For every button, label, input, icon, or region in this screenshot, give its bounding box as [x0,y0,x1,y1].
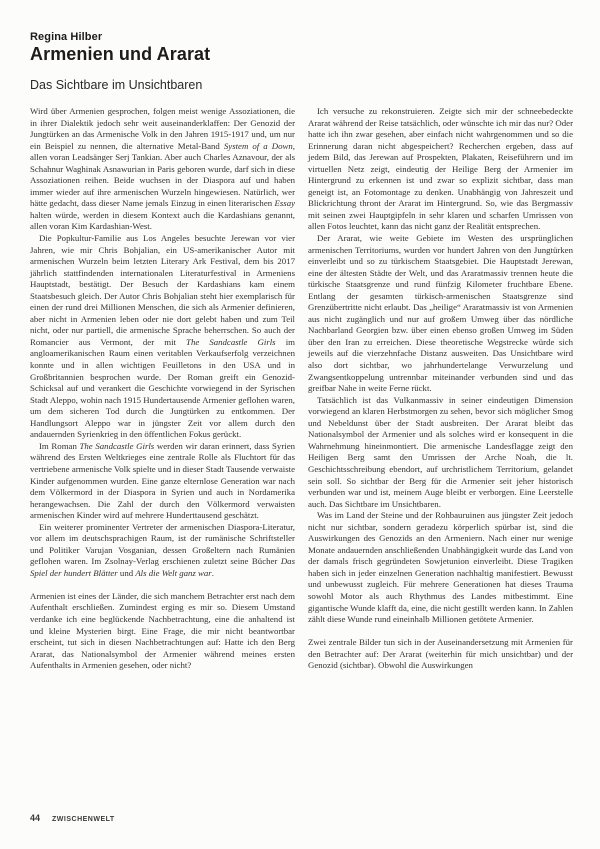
article-header: Regina Hilber Armenien und Ararat Das Si… [30,31,570,92]
journal-page: Regina Hilber Armenien und Ararat Das Si… [0,0,600,849]
paragraph: Was im Land der Steine und der Rohbaurui… [308,510,573,625]
text-run: Was im Land der Steine und der Rohbaurui… [308,510,573,624]
italic-text-run: System of a Down [224,141,293,151]
text-run: werden wir daran erinnert, dass Syrien w… [30,441,295,520]
article-body: Wird über Armenien gesprochen, folgen me… [30,106,573,672]
text-column-right: Ich versuche zu rekonstruieren. Zeigte s… [308,106,573,672]
paragraph: Armenien ist eines der Länder, die sich … [30,591,295,672]
text-run: . [212,568,214,578]
paragraph: Der Ararat, wie weite Gebiete im Westen … [308,233,573,395]
text-run: Ein weiterer prominenter Vertreter der a… [30,522,295,567]
text-run: Der Ararat, wie weite Gebiete im Westen … [308,233,573,393]
paragraph: Die Popkultur-Familie aus Los Angeles be… [30,233,295,441]
paragraph: Im Roman The Sandcastle Girls werden wir… [30,441,295,522]
text-run: Die Popkultur-Familie aus Los Angeles be… [30,233,295,347]
journal-name: ZWISCHENWELT [52,816,115,823]
italic-text-run: Als die Welt ganz war [135,568,211,578]
text-column-left: Wird über Armenien gesprochen, folgen me… [30,106,295,672]
text-run: Im Roman [39,441,80,451]
text-run: und [118,568,136,578]
italic-text-run: The Sandcastle Girls [80,441,155,451]
text-run: Armenien ist eines der Länder, die sich … [30,591,295,670]
author-name: Regina Hilber [30,31,570,43]
italic-text-run: Essay [274,198,295,208]
text-run: halten würde, werden in diesem Kontext a… [30,210,295,232]
paragraph: Wird über Armenien gesprochen, folgen me… [30,106,295,233]
page-footer: 44 ZWISCHENWELT [30,813,115,823]
page-number: 44 [30,813,40,823]
paragraph: Tatsächlich ist das Vulkanmassiv in sein… [308,395,573,510]
article-subtitle: Das Sichtbare im Unsichtbaren [30,78,570,92]
text-run: Ich versuche zu rekonstruieren. Zeigte s… [308,106,573,231]
text-run: Zwei zentrale Bilder tun sich in der Aus… [308,637,573,670]
paragraph: Zwei zentrale Bilder tun sich in der Aus… [308,637,573,672]
article-title: Armenien und Ararat [30,44,570,65]
italic-text-run: The Sandcastle Girls [186,337,276,347]
text-run: Tatsächlich ist das Vulkanmassiv in sein… [308,395,573,509]
text-run: im angloamerikanischen Raum einen verita… [30,337,295,439]
paragraph: Ein weiterer prominenter Vertreter der a… [30,522,295,580]
paragraph: Ich versuche zu rekonstruieren. Zeigte s… [308,106,573,233]
